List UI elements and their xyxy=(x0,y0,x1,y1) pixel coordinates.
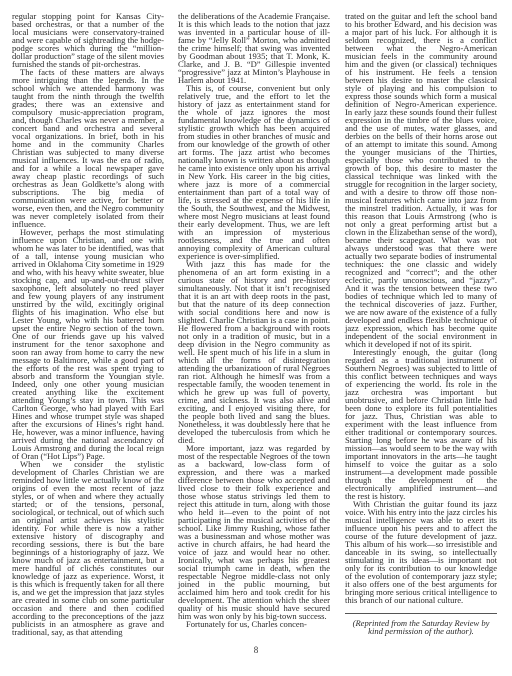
paragraph: Fortunately for us, Charles concen- xyxy=(178,620,330,628)
page-number: 8 xyxy=(0,645,512,655)
text-column-2: the deliberations of the Academie França… xyxy=(178,12,330,628)
reprint-credit: (Reprinted from the Saturday Review by k… xyxy=(345,619,497,635)
paragraph: When we consider the stylistic developme… xyxy=(12,460,164,636)
paragraph: However, perhaps the most stimulating in… xyxy=(12,228,164,460)
paragraph: the deliberations of the Academie França… xyxy=(178,12,330,84)
paragraph: With Christian the guitar found its jazz… xyxy=(345,500,497,604)
divider-rule xyxy=(345,613,497,614)
paragraph: regular stopping point for Kansas City-b… xyxy=(12,12,164,68)
paragraph: More important, jazz was regarded by mos… xyxy=(178,444,330,620)
paragraph: This is, of course, convenient but only … xyxy=(178,84,330,260)
paragraph: With jazz this has made for the phenomen… xyxy=(178,260,330,444)
paragraph: Interestingly enough, the guitar (long r… xyxy=(345,348,497,500)
paragraph: trated on the guitar and left the school… xyxy=(345,12,497,348)
text-column-1: regular stopping point for Kansas City-b… xyxy=(12,12,164,636)
text-column-3: trated on the guitar and left the school… xyxy=(345,12,497,635)
paragraph: The facts of these matters are always mo… xyxy=(12,68,164,228)
document-page: regular stopping point for Kansas City-b… xyxy=(0,0,512,676)
